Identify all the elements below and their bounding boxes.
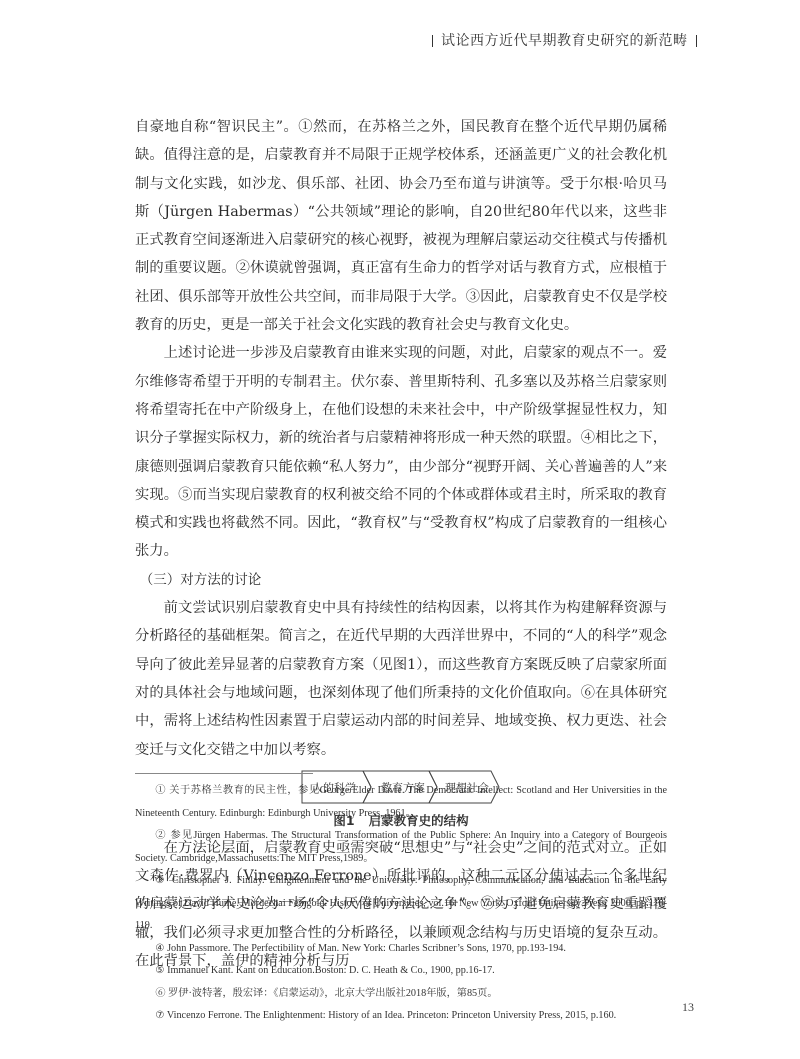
running-title: 试论西方近代早期教育史研究的新范畴	[441, 33, 688, 49]
running-header: 试论西方近代早期教育史研究的新范畴	[424, 30, 706, 50]
section-heading: （三）对方法的讨论	[135, 566, 667, 594]
footnote-1: ① 关于苏格兰教育的民主性，参见George Elder Davie. The …	[135, 780, 667, 825]
footnote-5: ⑤ Immanuel Kant. Kant on Education.Bosto…	[135, 960, 667, 983]
footnote-4: ④ John Passmore. The Perfectibility of M…	[135, 938, 667, 961]
footnotes: ① 关于苏格兰教育的民主性，参见George Elder Davie. The …	[135, 780, 667, 1028]
paragraph-3: 前文尝试识别启蒙教育史中具有持续性的结构因素，以将其作为构建解释资源与分析路径的…	[135, 594, 667, 764]
paragraph-1: 自豪地自称“智识民主”。①然而，在苏格兰之外，国民教育在整个近代早期仍属稀缺。值…	[135, 113, 667, 339]
paragraph-2: 上述讨论进一步涉及启蒙教育由谁来实现的问题，对此，启蒙家的观点不一。爱尔维修寄希…	[135, 339, 667, 565]
footnote-2: ② 参见Jürgen Habermas. The Structural Tran…	[135, 825, 667, 870]
footnote-divider	[135, 773, 313, 774]
header-bar-left	[432, 35, 434, 47]
footnote-6: ⑥ 罗伊·波特著，殷宏译：《启蒙运动》，北京大学出版社2018年版，第85页。	[135, 983, 667, 1006]
footnote-3: ③ Christopher J. Finlay. Enlightenment a…	[135, 870, 667, 938]
footnote-7: ⑦ Vincenzo Ferrone. The Enlightenment: H…	[135, 1005, 667, 1028]
header-bar-right	[696, 35, 698, 47]
page-number: 13	[682, 1000, 694, 1015]
